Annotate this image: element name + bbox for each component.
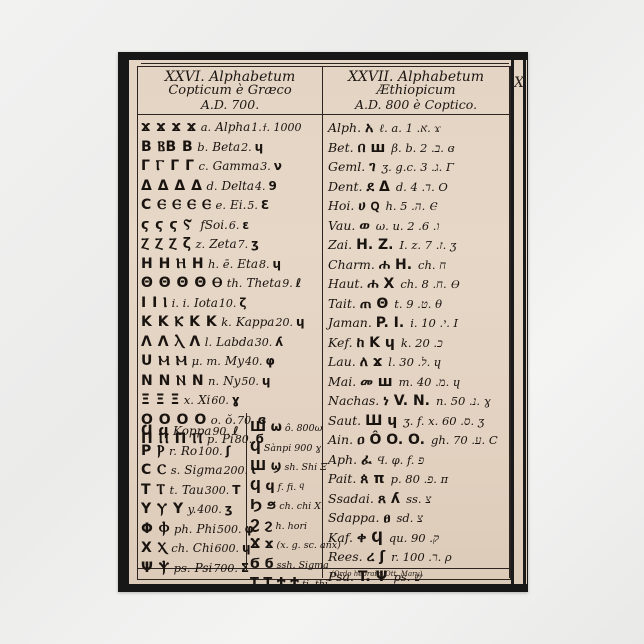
coptic-glyphs: N N Ⲛ N (141, 372, 204, 392)
letter-name: fSoi. (200, 216, 228, 236)
next-column-header-fragment: X (514, 74, 524, 94)
manuscript-page: XXVI. Alphabetum Copticum è Græco A.D. 7… (129, 60, 527, 584)
coptic-glyphs: X Ⲭ (141, 539, 167, 559)
numeral: 600. (215, 539, 240, 559)
ethiopic-glyphs: ጰ π (360, 470, 384, 490)
letter-name: Phi (196, 520, 216, 540)
ethiopic-glyphs: ለ ϫ (360, 353, 382, 373)
coptic-row: C Ⲥs.Sigma200.ɩ (141, 461, 256, 481)
numeral: 90. (212, 422, 230, 442)
coptic-glyphs: K K Ⲕ K K (141, 313, 217, 333)
letter-name: Bet. (328, 138, 354, 158)
ethiopic-header-title: XXVII. Alphabetum (325, 70, 507, 84)
letter-name: Charm. (328, 255, 375, 275)
coptic-header-title: XXVI. Alphabetum (139, 70, 321, 84)
coptic-row: Y Ⲩ Yy.400.ʒ (141, 500, 256, 520)
ethiopic-glyphs: ሀ ꞯ (358, 197, 379, 217)
translit: z. (195, 235, 205, 255)
coptic-row: X Ⲭch.Chi600.ɥ (141, 539, 256, 559)
variant: ʒ (225, 500, 233, 520)
ethiopic-row: Nachas.ነ V. N.n. נ. 50. ɣ (328, 391, 499, 411)
numeral: 60. (211, 391, 229, 411)
letter-info: ssh. Sigma (277, 556, 329, 576)
coptic-glyphs: Ψ Ⲯ (141, 559, 170, 579)
letter-name: Delta (222, 177, 255, 197)
ethiopic-glyphs: ነ V. N. (383, 392, 430, 412)
ethiopic-row: Dent.ደ Δd. ד. 4. O (328, 177, 499, 197)
ethiopic-row: Haut.ሐ Xch. ח. 8. Ⲑ (328, 274, 499, 294)
variant: ℓ (233, 422, 239, 442)
numeral: 8. (259, 255, 270, 275)
translit: a. (201, 118, 212, 138)
column-divider-right (509, 66, 510, 578)
letter-info: ô. 800ω (285, 419, 322, 439)
numeral: 100. (198, 442, 223, 462)
letter-name: Aph. (328, 450, 357, 470)
letter-name: Saut. (328, 411, 361, 431)
letter-info: Sànpi 900 ɣ (264, 439, 321, 459)
variant: φ (266, 352, 275, 372)
letter-name: Pait. (328, 469, 356, 489)
letter-name: Jaman. (328, 313, 372, 333)
variant: ʎ (275, 333, 283, 353)
ethiopic-glyphs: መ ш (360, 373, 392, 393)
letter-name: Psi (195, 559, 213, 579)
letter-info: β. b. ב. 2. ɞ (391, 139, 454, 159)
translit: b. (197, 138, 208, 158)
coptic-header: XXVI. Alphabetum Copticum è Græco A.D. 7… (139, 70, 321, 112)
translit: t. (170, 481, 178, 501)
coptic-row: T Ⲧt.Tau300.T (141, 481, 256, 501)
letter-name: Vau. (328, 216, 355, 236)
coptic-row: Δ Δ Δ Δd.Delta4.9 (141, 177, 305, 197)
coptic-glyphs: H H Ⲏ H (141, 255, 204, 275)
ethiopic-glyphs: ጠ Θ (360, 295, 388, 315)
coptic-glyphs: Γ Ⲅ Γ Γ (141, 157, 195, 177)
coptic-glyphs: C Ⲥ (141, 461, 167, 481)
coptic-row: Φ Ⲫph.Phi500.φ (141, 520, 256, 540)
letter-name: Beta (212, 138, 240, 158)
coptic-glyphs: T Ⲧ (141, 481, 166, 501)
coptic-glyphs: I I Ⲓ (141, 294, 168, 314)
variant: ɥ (255, 138, 264, 158)
letter-info: ti. thi (302, 575, 328, 584)
variant: T (232, 481, 240, 501)
ethiopic-header: XXVII. Alphabetum Æthiopicum A.D. 800 è … (325, 70, 507, 112)
header-rule (137, 114, 509, 115)
letter-name: My (225, 352, 244, 372)
coptic-glyphs: B ⲂB B (141, 138, 193, 158)
coptic-glyphs: Ϧ ϧ (250, 496, 276, 516)
letter-info: ch. ח (418, 256, 446, 276)
ethiopic-glyphs: ፈ (361, 451, 372, 471)
letter-name: Ain. (328, 430, 353, 450)
numeral: 7. (238, 235, 249, 255)
translit: i. i. (172, 294, 190, 314)
ethiopic-glyphs: P. I. (376, 314, 404, 334)
numeral: 5. (247, 196, 258, 216)
letter-name: Tau (182, 481, 204, 501)
letter-info: t. ט. 9. θ (394, 295, 442, 315)
coptic-glyphs: Δ Δ Δ Δ (141, 177, 202, 197)
translit: μ. m. (192, 352, 221, 372)
ethiopic-row: Pait.ጰ πp. פ. 80. π (328, 469, 499, 489)
numeral: 40. (245, 352, 263, 372)
letter-info: sd. צ (396, 509, 423, 529)
ethiopic-glyphs: ደ Δ (366, 178, 389, 198)
letter-info: I. z. ז. 7. ʒ (400, 236, 457, 256)
variant: ɥ (272, 255, 281, 275)
letter-info: n. נ. 50. ɣ (436, 392, 491, 412)
coptic-row: C Ⲉ Ⲉ Ⲉ Ⲉe.Ei.5.Ɛ (141, 196, 305, 216)
ethiopic-glyphs: ወ (359, 217, 369, 237)
ethiopic-header-date: A.D. 800 è Coptico. (325, 98, 507, 112)
coptic-glyphs: Φ Ⲫ (141, 520, 170, 540)
letter-name: Ro (181, 442, 197, 462)
letter-name: Dent. (328, 177, 362, 197)
coptic-letter-list: ϫ ϫ ϫ ϫa.Alpha1.ϯ. 1000 B ⲂB Bb.Beta2.ɥ … (141, 118, 305, 450)
numeral: 6. (229, 216, 240, 236)
variant: ε (242, 216, 249, 236)
letter-name: Sigma (184, 461, 222, 481)
coptic-lower-list: Ϥ ϥKoppa90.ℓ P Ⲣr.Ro100.ʃ C Ⲥs.Sigma200.… (141, 422, 256, 578)
ethiopic-glyphs: ጸ ʎ (378, 490, 400, 510)
numeral: 300. (205, 481, 230, 501)
letter-name: Lau. (328, 352, 356, 372)
variant: ℓ (296, 274, 302, 294)
letter-name: Alpha (215, 118, 250, 138)
letter-info: ʒ. f. x. ס. 60. ʒ (403, 412, 484, 432)
variant: ɥ (262, 372, 271, 392)
ethiopic-glyphs: በ ш (358, 139, 386, 159)
variant: 9 (269, 177, 277, 197)
numeral: 30. (255, 333, 273, 353)
translit: c. (199, 157, 209, 177)
letter-name: Tait. (328, 294, 356, 314)
letter-name: Iota (194, 294, 218, 314)
coptic-glyphs: T T Ϯ Ϯ (250, 574, 299, 584)
translit: y. (188, 500, 197, 520)
translit: ph. (174, 520, 192, 540)
ethiopic-glyphs: ሐ H. (379, 256, 412, 276)
letter-info: gh. ע. 70. C (431, 431, 498, 451)
coptic-glyphs: Ϭ ϭ (250, 555, 274, 575)
letter-info: ch. chi X (279, 497, 321, 517)
numeral: 700. (213, 559, 238, 579)
ethiopic-glyphs: Ш ɥ (365, 412, 397, 432)
ethiopic-footnote: (Ordo hebraic. Ott. Mary) (331, 570, 422, 578)
letter-name: Ny (223, 372, 240, 392)
translit: n. (208, 372, 219, 392)
ethiopic-row: Bet.በ шβ. b. ב. 2. ɞ (328, 138, 499, 158)
translit: th. (227, 274, 243, 294)
letter-name: Labda (216, 333, 254, 353)
numeral: 50. (241, 372, 259, 392)
letter-info: Ϥ. φ. f. פ (378, 451, 425, 471)
letter-name: Haut. (328, 274, 363, 294)
numeral: 200. (224, 461, 249, 481)
translit: r. (169, 442, 177, 462)
letter-name: Kaf. (328, 528, 353, 548)
translit: d. (206, 177, 217, 197)
ethiopic-row: Kef.ከ K ɥk. כ. 20 (328, 333, 499, 353)
coptic-row: U Ⲙ Ⲙμ. m.My40.φ (141, 352, 305, 372)
translit: e. (216, 196, 226, 216)
coptic-row: K K Ⲕ K Kk.Kappa20.ɥ (141, 313, 305, 333)
variant: Σ (241, 559, 249, 579)
letter-name: Mai. (328, 372, 356, 392)
letter-info: m. מ. 40. ɥ (399, 373, 461, 393)
translit: ch. (171, 539, 189, 559)
coptic-glyphs: C Ⲉ Ⲉ Ⲉ Ⲉ (141, 196, 212, 216)
letter-name: Zai. (328, 235, 352, 255)
letter-name: Zeta (209, 235, 236, 255)
coptic-row: Γ Ⲅ Γ Γc.Gamma3.ν (141, 157, 305, 177)
letter-name: Koppa (173, 422, 211, 442)
coptic-glyphs: Ϥ ϥ (250, 477, 275, 497)
ethiopic-row: Jaman.P. I.i. י. 10. I (328, 313, 499, 333)
coptic-glyphs: Ϩ ϩ (250, 516, 273, 536)
ethiopic-letter-list: Alph.አℓ. a. א. 1. ϫ Bet.በ шβ. b. ב. 2. ɞ… (328, 118, 499, 584)
coptic-glyphs: Ϫ ϫ (250, 535, 274, 555)
ethiopic-row: Tait.ጠ Θt. ט. 9. θ (328, 294, 499, 314)
ethiopic-row: Geml.ገʒ. g.c. ג. 3. Γ (328, 157, 499, 177)
letter-name: Nachas. (328, 391, 379, 411)
letter-name: Chi (193, 539, 214, 559)
letter-info: l. ל. 30. ɥ (388, 353, 441, 373)
coptic-glyphs: ϛ ϛ ϛ Ⲋ (141, 216, 192, 236)
letter-name: Alph. (328, 118, 361, 138)
variant: ɣ (232, 391, 240, 411)
coptic-row: Λ Λ Ⲗ Λl.Labda30.ʎ (141, 333, 305, 353)
numeral: 4. (255, 177, 266, 197)
letter-name: Geml. (328, 157, 365, 177)
ethiopic-row: Aph.ፈϤ. φ. f. פ (328, 450, 499, 470)
letter-name: Gamma (213, 157, 260, 177)
ethiopic-row: Ssadai.ጸ ʎss. צ (328, 489, 499, 509)
variant: ϯ. 1000 (263, 118, 302, 138)
ethiopic-row: Hoi.ሀ ꞯh. ה. 5. Ⲉ (328, 196, 499, 216)
variant: ζ (239, 294, 246, 314)
ethiopic-glyphs: ሐ X (367, 275, 394, 295)
translit: h. ē. (208, 255, 233, 275)
ethiopic-row: Vau.ወω. u. ו. 6. 2 (328, 216, 499, 236)
coptic-row: B ⲂB Bb.Beta2.ɥ (141, 138, 305, 158)
ethiopic-row: Kaf.ቀ Ϥqu. ק. 90 (328, 528, 499, 548)
letter-name: Ssadai. (328, 489, 374, 509)
letter-info: r. ר. 100. ρ (391, 548, 452, 568)
letter-info: ch. ח. 8. Ⲑ (400, 275, 458, 295)
numeral: 20. (275, 313, 293, 333)
ethiopic-glyphs: ገ (369, 158, 375, 178)
ethiopic-glyphs: ዐ Ô O. O. (357, 431, 425, 451)
coptic-row: P Ⲣr.Ro100.ʃ (141, 442, 256, 462)
ethiopic-row: Ain.ዐ Ô O. O.gh. ע. 70. C (328, 430, 499, 450)
numeral: 3. (260, 157, 271, 177)
coptic-row: Ϥ ϥKoppa90.ℓ (141, 422, 256, 442)
numeral: 10. (219, 294, 237, 314)
coptic-glyphs: Λ Λ Ⲗ Λ (141, 333, 201, 353)
letter-info: f. fi. ϥ (278, 478, 305, 498)
ethiopic-row: Lau.ለ ϫl. ל. 30. ɥ (328, 352, 499, 372)
coptic-row: ϫ ϫ ϫ ϫa.Alpha1.ϯ. 1000 (141, 118, 305, 138)
postcard: XXVI. Alphabetum Copticum è Græco A.D. 7… (118, 52, 528, 592)
coptic-glyphs: Y Ⲩ Y (141, 500, 184, 520)
coptic-glyphs: Ⲍ Ⲍ Ⲍ ζ (141, 235, 191, 255)
letter-name: Kappa (236, 313, 275, 333)
letter-info: p. פ. 80. π (391, 470, 449, 490)
numeral: 2. (241, 138, 252, 158)
numeral: 500. (217, 520, 242, 540)
letter-name: Hoi. (328, 196, 354, 216)
translit: k. (221, 313, 232, 333)
coptic-glyphs: Ϥ (250, 438, 261, 458)
letter-info: ℓ. a. א. 1. ϫ (379, 119, 440, 139)
letter-info: h. ה. 5. Ⲉ (385, 197, 436, 217)
letter-info: k. כ. 20 (401, 334, 443, 354)
coptic-row: I I Ⲓi. i.Iota10.ζ (141, 294, 305, 314)
letter-name: Eta (237, 255, 258, 275)
letter-info: i. י. 10. I (410, 314, 458, 334)
ethiopic-glyphs: ቀ Ϥ (357, 529, 383, 549)
coptic-glyphs: Ш ω (250, 418, 282, 438)
variant: ν (274, 157, 282, 177)
coptic-glyphs: U Ⲙ Ⲙ (141, 352, 188, 372)
letter-info: sh. Shi Ξ (284, 458, 326, 478)
coptic-row: N N Ⲛ Nn.Ny50.ɥ (141, 372, 305, 392)
letter-info: ω. u. ו. 6. 2 (376, 217, 440, 237)
ethiopic-row: Rees.ረ ʃr. ר. 100. ρ (328, 547, 499, 567)
coptic-glyphs: Ш ϣ (250, 457, 281, 477)
ethiopic-glyphs: ረ ʃ (367, 548, 386, 568)
variant: Ɛ (261, 196, 269, 216)
numeral: 400. (197, 500, 222, 520)
letter-name: Kef. (328, 333, 353, 353)
right-panel-border-outer (523, 60, 526, 584)
numeral: 1. (251, 118, 262, 138)
translit: s. (171, 461, 181, 481)
ethiopic-glyphs: ፀ (383, 509, 390, 529)
ethiopic-glyphs: አ (365, 119, 373, 139)
coptic-header-subtitle: Copticum è Græco (139, 84, 321, 98)
letter-info: qu. ק. 90 (389, 529, 439, 549)
translit: l. (205, 333, 212, 353)
coptic-row: Θ Θ Θ Θ Ⲑth.Theta9.ℓ (141, 274, 305, 294)
letter-name: Ei. (230, 196, 246, 216)
coptic-row: H H Ⲏ Hh. ē.Eta8.ɥ (141, 255, 305, 275)
coptic-glyphs: Ϥ ϥ (141, 422, 169, 442)
coptic-row: Ⲍ Ⲍ Ⲍ ζz.Zeta7.ʒ (141, 235, 305, 255)
ethiopic-header-subtitle: Æthiopicum (325, 84, 507, 98)
letter-info: d. ד. 4. O (396, 178, 448, 198)
letter-info: ʒ. g.c. ג. 3. Γ (382, 158, 454, 178)
letter-name: Theta (246, 274, 281, 294)
coptic-glyphs: P Ⲣ (141, 442, 165, 462)
variant: ɥ (296, 313, 305, 333)
translit: x. (184, 391, 194, 411)
coptic-glyphs: Θ Θ Θ Θ Ⲑ (141, 274, 223, 294)
ethiopic-row: Zai.H. Z.I. z. ז. 7. ʒ (328, 235, 499, 255)
letter-name: Xi (198, 391, 210, 411)
letter-info: ss. צ (406, 490, 431, 510)
letter-name: Sdappa. (328, 508, 379, 528)
ethiopic-glyphs: ከ K ɥ (357, 334, 395, 354)
numeral: 9. (282, 274, 293, 294)
variant: ʒ (251, 235, 259, 255)
coptic-header-date: A.D. 700. (139, 98, 321, 112)
variant: ʃ (226, 442, 231, 462)
letter-info: h. hori (276, 517, 308, 537)
coptic-row: Ψ Ⲯps.Psi700.Σ (141, 559, 256, 579)
right-panel-border (511, 60, 514, 584)
ethiopic-row: Charm.ሐ H.ch. ח (328, 255, 499, 275)
letter-name: Rees. (328, 547, 363, 567)
coptic-row: ϛ ϛ ϛ ⲊfSoi.6.ε (141, 216, 305, 236)
ethiopic-glyphs: H. Z. (356, 236, 393, 256)
ethiopic-row: Mai.መ шm. מ. 40. ɥ (328, 372, 499, 392)
ethiopic-row: Sdappa.ፀsd. צ (328, 508, 499, 528)
coptic-row: Ξ Ξ Ξx.Xi60.ɣ (141, 391, 305, 411)
coptic-glyphs: Ξ Ξ Ξ (141, 391, 180, 411)
coptic-glyphs: ϫ ϫ ϫ ϫ (141, 118, 197, 138)
ethiopic-row: Saut.Ш ɥʒ. f. x. ס. 60. ʒ (328, 411, 499, 431)
ethiopic-row: Alph.አℓ. a. א. 1. ϫ (328, 118, 499, 138)
translit: ps. (174, 559, 191, 579)
